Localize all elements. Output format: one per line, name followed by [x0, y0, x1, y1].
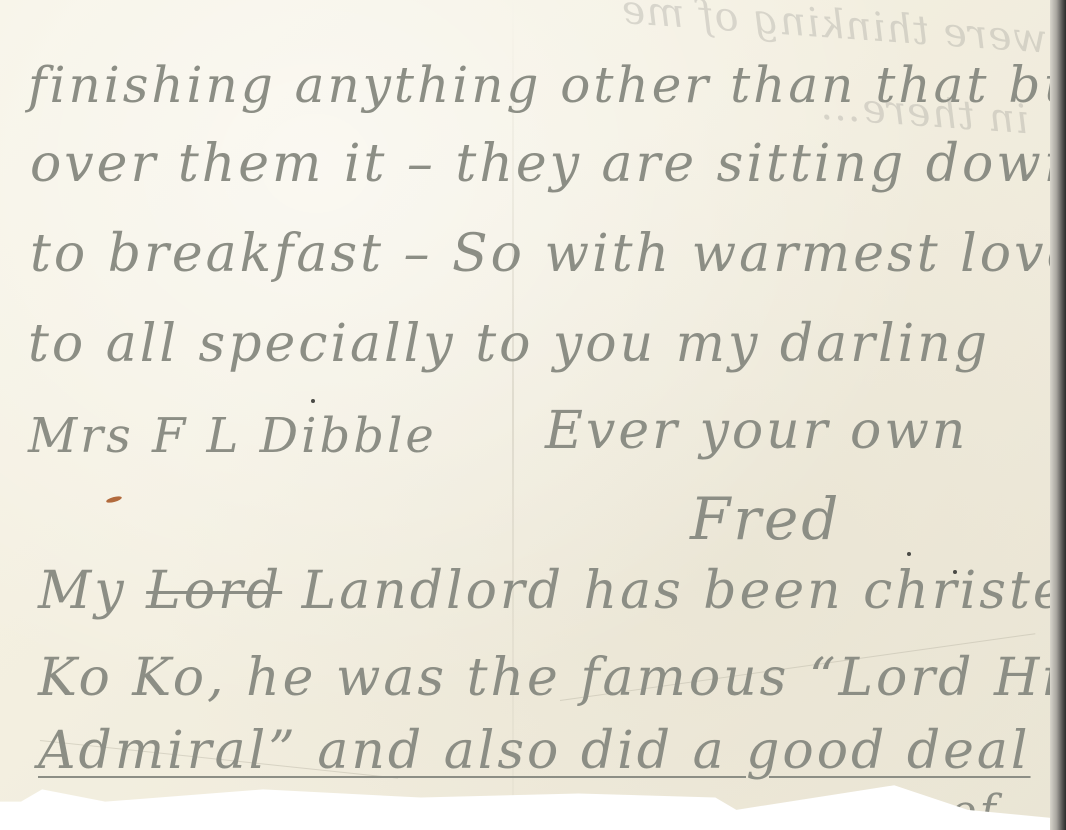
postscript-line-3: Admiral” and also did a good deal: [38, 725, 1031, 777]
postscript-word: My: [38, 561, 127, 621]
letter-line-1: finishing anything other than that but l…: [28, 60, 1066, 110]
postscript-line-1: My Lord Landlord has been christened: [38, 565, 1066, 617]
catchword: of: [950, 790, 999, 830]
letter-line-3: to breakfast – So with warmest love: [30, 228, 1066, 280]
letter-line-4: to all specially to you my darling: [28, 318, 990, 370]
ink-dot: [907, 552, 911, 556]
addressee: Mrs F L Dibble: [28, 412, 437, 460]
struck-word: Lord: [146, 561, 282, 621]
postscript-line-2: Ko Ko, he was the famous “Lord High: [38, 652, 1066, 704]
scan-edge-shadow: [1050, 0, 1066, 830]
scanned-letter: I hope you were thinking of me in there.…: [0, 0, 1066, 830]
signature: Fred: [690, 490, 841, 548]
letter-closing: Ever your own: [545, 405, 968, 457]
letter-line-2: over them it – they are sitting down: [30, 138, 1066, 190]
postscript-text: Landlord has been christened: [302, 561, 1066, 621]
letter-paper: I hope you were thinking of me in there.…: [0, 0, 1052, 818]
ink-dot: [311, 399, 315, 403]
postscript-text: Admiral” and also did a good deal: [38, 721, 1031, 781]
ink-spot: [106, 495, 123, 504]
